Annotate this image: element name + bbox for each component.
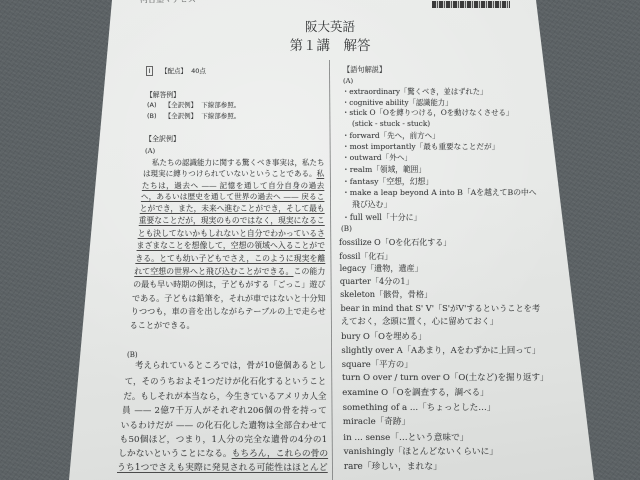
part-b-label: (B)	[127, 351, 138, 359]
answer-text: 下線部参照。	[201, 101, 240, 109]
translation-line: も50個ほど，つまり，1人分の完全な遺骨の4分の1	[120, 435, 328, 445]
answer-text: 下線部参照。	[201, 112, 240, 120]
translation-line: いるわけだが —— の化石化した遺物は全部合わせて	[121, 421, 327, 431]
vocab-item: fossil「化石」	[339, 252, 392, 262]
translation-line: 員 —— 2億7千万人がそれぞれ206個の骨を持って	[122, 406, 327, 416]
underlined-segment: れて空想の世界へと飛び込むことができる。	[134, 267, 293, 276]
vocab-item: bury O「Oを埋める」	[341, 332, 426, 342]
vocab-item: rare「珍しい，まれな」	[344, 462, 442, 473]
vocab-item-continuation: えておく，念頭に置く，心に留めておく」	[341, 317, 498, 327]
vocab-item: vanishingly「ほとんどないくらいに」	[344, 447, 498, 457]
underlined-segment: もちろん，これらの骨の	[232, 449, 328, 459]
vocab-item: something of a ...「ちょっとした…」	[343, 403, 496, 413]
translation-line: て，そのうちおよそ1つだけが化石化するということ	[125, 376, 327, 386]
vocab-item: turn O over / turn over O「O(土など)を掘り返す」	[342, 373, 549, 383]
text-segment: 考えられているところでは，骨が10億個あるとし	[135, 360, 326, 370]
answer-heading: 【解答例】	[146, 91, 180, 99]
vocab-item: ・stick O「Oを縛りつける，Oを動けなくさせる」	[342, 109, 513, 118]
answer-row-b: (B) 【全訳例】 下線部参照。	[147, 113, 240, 121]
vocab-item: ・realm「領域，範囲」	[342, 165, 426, 174]
vocab-item: miracle「奇跡」	[343, 417, 410, 427]
translation-line: きる。とても幼い子どもでさえ，このように現実を離	[135, 254, 325, 263]
vocab-item: ・cognitive ability「認識能力」	[342, 99, 452, 108]
translation-line: とも決してないかもしれないと自分でわかっているさ	[138, 229, 325, 238]
document-page: 河合塾マナビス 阪大英語 第１講 解答 Ⅰ 【配点】 40点 【解答例】 (A)…	[0, 0, 640, 480]
vocab-part-a-label: (A)	[343, 77, 353, 85]
underlined-segment: まざまなことを想像して，空想の領域へ入ることがで	[137, 241, 325, 250]
translation-line: りつつも，車の音を出しながらテーブルの上で走らせ	[131, 307, 326, 317]
underlined-segment: きる。とても幼い子どもでさえ，このように現実を離	[135, 254, 325, 263]
translation-line: たちは，過去へ —— 記憶を通して自分自身の過去	[142, 181, 324, 190]
translation-heading: 【全訳例】	[145, 135, 180, 143]
text-segment: て，そのうちおよそ1つだけが化石化するということ	[125, 376, 327, 386]
text-segment: は現実に縛りつけられていないということである。	[143, 169, 317, 178]
score-value: 40点	[191, 67, 206, 75]
translation-line: 重要なことだが，現実のものではなく，現実になるこ	[139, 216, 325, 225]
section-number: Ⅰ	[146, 66, 153, 76]
text-segment: だ。もしそれが本当なら，今生きているアメリカ人全	[123, 391, 326, 401]
underlined-segment: たちは，過去へ —— 記憶を通して自分自身の過去	[142, 181, 324, 190]
translation-line: しかないということになる。もちろん，これらの骨の	[118, 449, 327, 459]
underlined-segment: うち1つでさえも実際に発見される可能性はほとんど	[117, 463, 328, 473]
vocab-item: ・fantasy「空想，幻想」	[342, 177, 433, 186]
translation-line: である。子どもは鉛筆を，それが車ではないと十分知	[132, 294, 326, 304]
answer-row-a: (A) 【全訳例】 下線部参照。	[147, 102, 240, 110]
vocab-item: skeleton「骸骨，骨格」	[340, 290, 432, 300]
translation-line: の最も早い時期の例は，子どもがする「ごっこ」遊び	[133, 280, 325, 290]
text-segment: りつつも，車の音を出しながらテーブルの上で走らせ	[131, 306, 326, 316]
vocab-item: ・outward「外へ」	[342, 153, 412, 162]
vocab-item: ・full well「十分に」	[342, 213, 421, 222]
answer-label: (B)	[147, 112, 157, 120]
translation-line: だ。もしそれが本当なら，今生きているアメリカ人全	[123, 391, 326, 401]
text-segment: 員 —— 2億7千万人がそれぞれ206個の骨を持って	[122, 406, 327, 416]
translation-line: へ，あるいは歴史を通して世界の過去へ —— 戻るこ	[141, 192, 325, 201]
underlined-segment: 重要なことだが，現実のものではなく，現実になるこ	[139, 216, 325, 225]
text-segment: 私たちの認識能力に関する驚くべき事実は，私たち	[152, 158, 325, 167]
translation-line: まざまなことを想像して，空想の領域へ入ることがで	[137, 241, 325, 250]
answer-heading-label: 【全訳例】	[165, 112, 198, 120]
text-segment: である。子どもは鉛筆を，それが車ではないと十分知	[132, 294, 326, 303]
vocab-item: slightly over A「Aあまり，Aをわずかに上回って」	[341, 345, 540, 355]
part-a-label: (A)	[145, 147, 155, 155]
answer-heading-label: 【全訳例】	[165, 101, 198, 109]
underlined-segment: 私	[317, 169, 325, 178]
vocab-item: legacy「遺物，遺産」	[340, 264, 423, 274]
vocab-item: ・extraordinary「驚くべき，並はずれた」	[342, 88, 487, 97]
vocab-item: ・most importantly「最も重要なことだが」	[342, 142, 499, 151]
text-segment: の最も早い時期の例は，子どもがする「ごっこ」遊び	[133, 280, 325, 289]
vocab-item: ・forward「先へ，前方へ」	[342, 131, 440, 140]
score-label: 【配点】	[161, 67, 187, 75]
translation-line: とができ，また，未来へ進むことができ，そして最も	[140, 204, 325, 213]
vocab-part-b-label: (B)	[341, 225, 352, 234]
vocabulary-heading: 【語句解説】	[343, 66, 386, 75]
vocab-item-continuation: 飛び込む」	[352, 200, 391, 209]
underlined-segment: へ，あるいは歴史を通して世界の過去へ —— 戻るこ	[141, 192, 325, 201]
text-segment: ることができる。	[130, 320, 195, 330]
vocab-item: fossilize O「Oを化石化する」	[339, 238, 451, 248]
vocab-item-continuation: (stick - stuck - stuck)	[352, 120, 430, 129]
vocab-item: bear in mind that S' V'「S'がV'するということを考	[341, 304, 541, 314]
score-line: Ⅰ 【配点】 40点	[146, 68, 206, 76]
text-segment: しかないということになる。	[118, 449, 231, 459]
text-segment: も50個ほど，つまり，1人分の完全な遺骨の4分の1	[120, 435, 328, 445]
answer-label: (A)	[147, 101, 157, 109]
translation-line: ることができる。	[130, 321, 195, 331]
underlined-segment: とも決してないかもしれないと自分でわかっているさ	[138, 229, 325, 238]
translation-line: 私たちの認識能力に関する驚くべき事実は，私たち	[152, 158, 324, 167]
vocab-item: ・make a leap beyond A into B「Aを越えてBの中へ	[342, 188, 537, 197]
underlined-segment: とができ，また，未来へ進むことができ，そして最も	[140, 204, 325, 213]
translation-line: 考えられているところでは，骨が10億個あるとし	[135, 361, 326, 371]
vocab-item: in ... sense「…という意味で」	[343, 433, 468, 443]
vocab-item: examine O「Oを調査する，調べる」	[342, 388, 488, 398]
text-segment: この能力	[293, 267, 325, 276]
vocab-item: square「平方の」	[342, 359, 413, 369]
translation-line: は現実に縛りつけられていないということである。私	[143, 169, 324, 178]
translation-line: れて空想の世界へと飛び込むことができる。この能力	[134, 267, 325, 277]
translation-line: うち1つでさえも実際に発見される可能性はほとんど	[117, 463, 328, 474]
text-segment: いるわけだが —— の化石化した遺物は全部合わせて	[121, 421, 327, 431]
vocab-item: quarter「4分の1」	[340, 277, 414, 287]
